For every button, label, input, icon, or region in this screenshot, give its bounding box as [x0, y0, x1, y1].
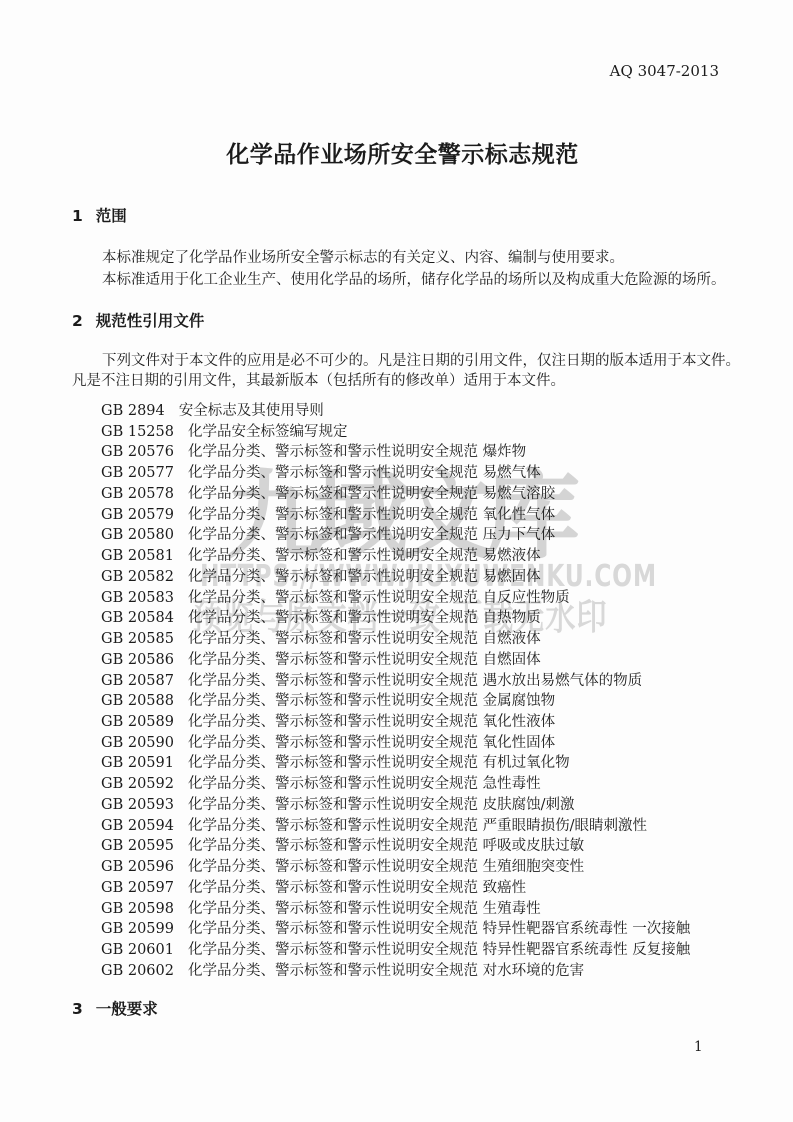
- reference-code: GB 20582: [101, 567, 174, 588]
- reference-title: 安全标志及其使用导则: [179, 403, 324, 419]
- reference-title: 化学品分类、警示标签和警示性说明安全规范 遇水放出易燃气体的物质: [188, 673, 642, 689]
- reference-row: GB 20581化学品分类、警示标签和警示性说明安全规范 易燃液体: [101, 546, 733, 567]
- reference-title: 化学品分类、警示标签和警示性说明安全规范 致癌性: [188, 880, 526, 896]
- paragraph: 下列文件对于本文件的应用是必不可少的。凡是注日期的引用文件，仅注日期的版本适用于…: [72, 351, 733, 371]
- reference-row: GB 15258化学品安全标签编写规定: [101, 422, 733, 443]
- reference-row: GB 20586化学品分类、警示标签和警示性说明安全规范 自燃固体: [101, 650, 733, 671]
- reference-title: 化学品分类、警示标签和警示性说明安全规范 易燃液体: [188, 548, 541, 564]
- reference-row: GB 20602化学品分类、警示标签和警示性说明安全规范 对水环境的危害: [101, 961, 733, 982]
- page-number: 1: [694, 1039, 703, 1055]
- reference-title: 化学品分类、警示标签和警示性说明安全规范 金属腐蚀物: [188, 693, 555, 709]
- reference-code: GB 20584: [101, 608, 174, 629]
- reference-code: GB 20598: [101, 899, 174, 920]
- reference-row: GB 20582化学品分类、警示标签和警示性说明安全规范 易燃固体: [101, 567, 733, 588]
- reference-title: 化学品分类、警示标签和警示性说明安全规范 有机过氧化物: [188, 755, 570, 771]
- reference-code: GB 20580: [101, 525, 174, 546]
- reference-row: GB 20599化学品分类、警示标签和警示性说明安全规范 特异性靶器官系统毒性 …: [101, 919, 733, 940]
- reference-code: GB 20583: [101, 588, 174, 609]
- section-3-heading: 3一般要求: [72, 999, 733, 1020]
- reference-row: GB 20585化学品分类、警示标签和警示性说明安全规范 自燃液体: [101, 629, 733, 650]
- section-2-intro: 下列文件对于本文件的应用是必不可少的。凡是注日期的引用文件，仅注日期的版本适用于…: [72, 351, 733, 391]
- section-3-title: 一般要求: [96, 1000, 158, 1018]
- doc-code: AQ 3047-2013: [72, 63, 733, 80]
- section-3-number: 3: [72, 999, 83, 1020]
- reference-title: 化学品分类、警示标签和警示性说明安全规范 呼吸或皮肤过敏: [188, 838, 584, 854]
- reference-row: GB 20584化学品分类、警示标签和警示性说明安全规范 自热物质: [101, 608, 733, 629]
- reference-code: GB 20595: [101, 836, 174, 857]
- reference-code: GB 20579: [101, 505, 174, 526]
- page-content: AQ 3047-2013 化学品作业场所安全警示标志规范 1范围 本标准规定了化…: [0, 0, 793, 1122]
- reference-code: GB 20591: [101, 753, 174, 774]
- reference-row: GB 20583化学品分类、警示标签和警示性说明安全规范 自反应性物质: [101, 588, 733, 609]
- reference-title: 化学品分类、警示标签和警示性说明安全规范 自燃固体: [188, 652, 541, 668]
- reference-title: 化学品分类、警示标签和警示性说明安全规范 易燃气体: [188, 465, 541, 481]
- reference-code: GB 20590: [101, 733, 174, 754]
- section-1-heading: 1范围: [72, 206, 733, 227]
- reference-title: 化学品分类、警示标签和警示性说明安全规范 生殖细胞突变性: [188, 859, 584, 875]
- section-2-number: 2: [72, 311, 83, 332]
- reference-title: 化学品分类、警示标签和警示性说明安全规范 自燃液体: [188, 631, 541, 647]
- reference-row: GB 20598化学品分类、警示标签和警示性说明安全规范 生殖毒性: [101, 899, 733, 920]
- reference-code: GB 2894: [101, 401, 165, 422]
- reference-row: GB 20593化学品分类、警示标签和警示性说明安全规范 皮肤腐蚀/刺激: [101, 795, 733, 816]
- reference-code: GB 20601: [101, 940, 174, 961]
- reference-row: GB 20578化学品分类、警示标签和警示性说明安全规范 易燃气溶胶: [101, 484, 733, 505]
- paragraph: 凡是不注日期的引用文件，其最新版本（包括所有的修改单）适用于本文件。: [72, 371, 733, 391]
- references-list: GB 2894安全标志及其使用导则 GB 15258化学品安全标签编写规定 GB…: [72, 401, 733, 982]
- paragraph: 本标准适用于化工企业生产、使用化学品的场所，储存化学品的场所以及构成重大危险源的…: [72, 269, 733, 291]
- section-1-body: 本标准规定了化学品作业场所安全警示标志的有关定义、内容、编制与使用要求。 本标准…: [72, 247, 733, 291]
- reference-row: GB 20588化学品分类、警示标签和警示性说明安全规范 金属腐蚀物: [101, 691, 733, 712]
- reference-code: GB 20597: [101, 878, 174, 899]
- reference-title: 化学品分类、警示标签和警示性说明安全规范 自热物质: [188, 610, 541, 626]
- reference-row: GB 20576化学品分类、警示标签和警示性说明安全规范 爆炸物: [101, 442, 733, 463]
- reference-title: 化学品分类、警示标签和警示性说明安全规范 生殖毒性: [188, 901, 541, 917]
- reference-code: GB 20586: [101, 650, 174, 671]
- reference-code: GB 20589: [101, 712, 174, 733]
- doc-title: 化学品作业场所安全警示标志规范: [72, 140, 733, 170]
- reference-title: 化学品分类、警示标签和警示性说明安全规范 皮肤腐蚀/刺激: [188, 797, 575, 813]
- reference-row: GB 20596化学品分类、警示标签和警示性说明安全规范 生殖细胞突变性: [101, 857, 733, 878]
- reference-code: GB 20602: [101, 961, 174, 982]
- reference-code: GB 20581: [101, 546, 174, 567]
- reference-row: GB 20591化学品分类、警示标签和警示性说明安全规范 有机过氧化物: [101, 753, 733, 774]
- document-page: { "page": { "doc_code": "AQ 3047-2013", …: [0, 0, 793, 1122]
- section-1-title: 范围: [96, 207, 127, 225]
- reference-code: GB 20576: [101, 442, 174, 463]
- reference-row: GB 20580化学品分类、警示标签和警示性说明安全规范 压力下气体: [101, 525, 733, 546]
- reference-title: 化学品分类、警示标签和警示性说明安全规范 爆炸物: [188, 444, 526, 460]
- reference-code: GB 20585: [101, 629, 174, 650]
- reference-row: GB 20589化学品分类、警示标签和警示性说明安全规范 氧化性液体: [101, 712, 733, 733]
- reference-row: GB 20595化学品分类、警示标签和警示性说明安全规范 呼吸或皮肤过敏: [101, 836, 733, 857]
- reference-row: GB 2894安全标志及其使用导则: [101, 401, 733, 422]
- reference-title: 化学品分类、警示标签和警示性说明安全规范 严重眼睛损伤/眼睛刺激性: [188, 818, 647, 834]
- reference-title: 化学品分类、警示标签和警示性说明安全规范 易燃气溶胶: [188, 486, 555, 502]
- reference-title: 化学品分类、警示标签和警示性说明安全规范 自反应性物质: [188, 590, 570, 606]
- reference-title: 化学品安全标签编写规定: [188, 424, 348, 440]
- reference-row: GB 20590化学品分类、警示标签和警示性说明安全规范 氧化性固体: [101, 733, 733, 754]
- reference-row: GB 20587化学品分类、警示标签和警示性说明安全规范 遇水放出易燃气体的物质: [101, 671, 733, 692]
- reference-title: 化学品分类、警示标签和警示性说明安全规范 急性毒性: [188, 776, 541, 792]
- reference-row: GB 20592化学品分类、警示标签和警示性说明安全规范 急性毒性: [101, 774, 733, 795]
- reference-code: GB 20596: [101, 857, 174, 878]
- reference-title: 化学品分类、警示标签和警示性说明安全规范 特异性靶器官系统毒性 反复接触: [188, 942, 690, 958]
- reference-row: GB 20601化学品分类、警示标签和警示性说明安全规范 特异性靶器官系统毒性 …: [101, 940, 733, 961]
- reference-code: GB 20594: [101, 816, 174, 837]
- reference-title: 化学品分类、警示标签和警示性说明安全规范 压力下气体: [188, 527, 555, 543]
- reference-row: GB 20579化学品分类、警示标签和警示性说明安全规范 氧化性气体: [101, 505, 733, 526]
- reference-code: GB 20593: [101, 795, 174, 816]
- section-1-number: 1: [72, 206, 83, 227]
- paragraph: 本标准规定了化学品作业场所安全警示标志的有关定义、内容、编制与使用要求。: [72, 247, 733, 269]
- reference-title: 化学品分类、警示标签和警示性说明安全规范 氧化性气体: [188, 507, 555, 523]
- reference-title: 化学品分类、警示标签和警示性说明安全规范 氧化性固体: [188, 735, 555, 751]
- reference-title: 化学品分类、警示标签和警示性说明安全规范 氧化性液体: [188, 714, 555, 730]
- reference-title: 化学品分类、警示标签和警示性说明安全规范 对水环境的危害: [188, 963, 584, 979]
- reference-row: GB 20594化学品分类、警示标签和警示性说明安全规范 严重眼睛损伤/眼睛刺激…: [101, 816, 733, 837]
- section-2-heading: 2规范性引用文件: [72, 311, 733, 332]
- reference-row: GB 20577化学品分类、警示标签和警示性说明安全规范 易燃气体: [101, 463, 733, 484]
- reference-code: GB 15258: [101, 422, 174, 443]
- reference-code: GB 20592: [101, 774, 174, 795]
- reference-code: GB 20577: [101, 463, 174, 484]
- reference-code: GB 20578: [101, 484, 174, 505]
- reference-title: 化学品分类、警示标签和警示性说明安全规范 特异性靶器官系统毒性 一次接触: [188, 921, 690, 937]
- reference-code: GB 20588: [101, 691, 174, 712]
- section-2-title: 规范性引用文件: [96, 312, 205, 330]
- reference-code: GB 20599: [101, 919, 174, 940]
- reference-code: GB 20587: [101, 671, 174, 692]
- reference-row: GB 20597化学品分类、警示标签和警示性说明安全规范 致癌性: [101, 878, 733, 899]
- reference-title: 化学品分类、警示标签和警示性说明安全规范 易燃固体: [188, 569, 541, 585]
